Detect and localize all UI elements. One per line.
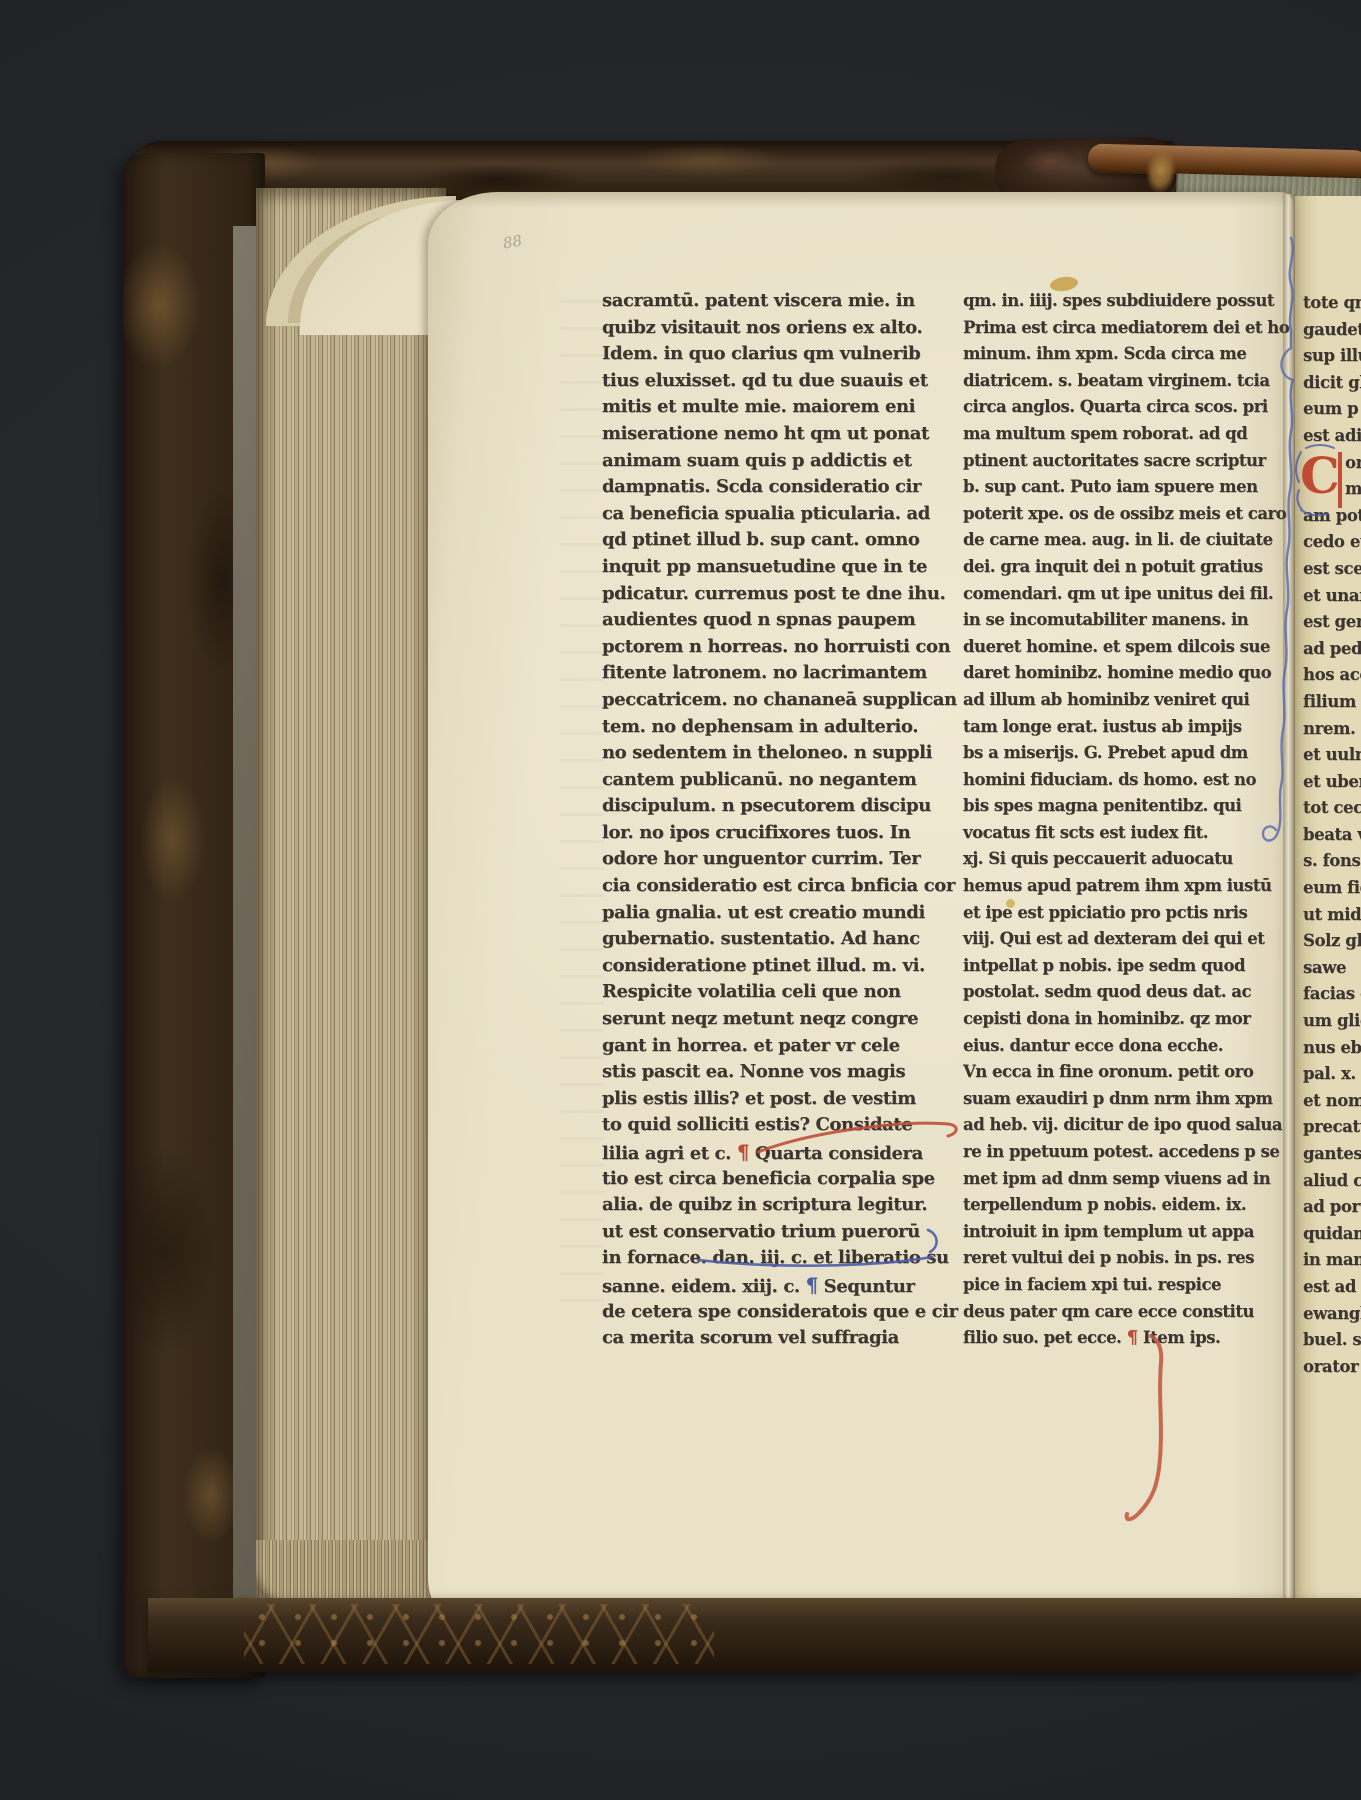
text-line: orator	[1303, 1354, 1361, 1381]
initial-bar	[1338, 452, 1342, 508]
text-line: nrem. fi	[1303, 716, 1361, 743]
text-line: in fornace. dan. iij. c. et liberatio su	[602, 1245, 942, 1272]
text-line: sawe	[1303, 955, 1361, 982]
red-paraph-mark: ¶	[1127, 1327, 1138, 1348]
text-line: dei. gra inquit dei n potuit gratius	[963, 554, 1265, 581]
text-line: pal. x. I	[1303, 1061, 1361, 1088]
rod-fray	[1143, 146, 1178, 195]
left-text-column: sacramtū. patent viscera mie. inquibz vi…	[602, 288, 942, 1352]
text-line: ewangl	[1303, 1301, 1361, 1328]
right-text-column: qm. in. iiij. spes subdiuidere possutPri…	[963, 288, 1265, 1352]
text-line: qm. in. iiij. spes subdiuidere possut	[963, 288, 1265, 315]
text-line: reret vultui dei p nobis. in ps. res	[963, 1245, 1265, 1272]
text-line: peccatricem. no chananeā supplican	[602, 687, 942, 714]
text-line: minum. ihm xpm. Scda circa me	[963, 341, 1265, 368]
text-line: sup illud	[1303, 343, 1361, 370]
blue-paraph-mark: ¶	[806, 1273, 818, 1297]
text-line: audientes quod n spnas paupem	[602, 607, 942, 634]
text-line: aliud co	[1303, 1168, 1361, 1195]
ink-bleed-through	[560, 300, 604, 1310]
text-line: ca merita scorum vel suffragia	[602, 1325, 942, 1352]
text-line: gantes	[1303, 1141, 1361, 1168]
amber-dot	[1006, 899, 1015, 908]
text-line: re in ppetuum potest. accedens p se	[963, 1139, 1265, 1166]
text-line: et uulner	[1303, 742, 1361, 769]
text-line: bis spes magna penitentibz. qui	[963, 793, 1265, 820]
text-line: to quid solliciti estis? Considate	[602, 1112, 942, 1139]
text-line: est sce spe	[1303, 556, 1361, 583]
text-line: introiuit in ipm templum ut appa	[963, 1219, 1265, 1246]
text-line: deus pater qm care ecce constitu	[963, 1299, 1265, 1326]
text-line: ma multum spem roborat. ad qd	[963, 421, 1265, 448]
text-line: sacramtū. patent viscera mie. in	[602, 288, 942, 315]
text-line: ad pedes	[1303, 636, 1361, 663]
text-line: tot cecin	[1303, 795, 1361, 822]
text-line: poterit xpe. os de ossibz meis et caro	[963, 501, 1265, 528]
text-line: tam longe erat. iustus ab impijs	[963, 714, 1265, 741]
text-line: est genui	[1303, 609, 1361, 636]
text-line: sanne. eidem. xiij. c. ¶ Sequntur	[602, 1272, 942, 1299]
text-line: animam suam quis p addictis et	[602, 448, 942, 475]
text-line: stis pascit ea. Nonne vos magis	[602, 1059, 942, 1086]
text-line: Prima est circa mediatorem dei et ho	[963, 315, 1265, 342]
blind-stamp-pattern	[244, 1604, 714, 1664]
text-line: palia gnalia. ut est creatio mundi	[602, 900, 942, 927]
text-line: et ubera.	[1303, 769, 1361, 796]
page-fold-ridge	[1283, 194, 1295, 1610]
text-line: alia. de quibz in scriptura legitur.	[602, 1192, 942, 1219]
text-line: pdicatur. curremus post te dne ihu.	[602, 581, 942, 608]
text-line: serunt neqz metunt neqz congre	[602, 1006, 942, 1033]
text-line: et unans	[1303, 583, 1361, 610]
text-line: daret hominibz. homine medio quo	[963, 660, 1265, 687]
text-line: cia consideratio est circa bnficia cor	[602, 873, 942, 900]
text-line: ad portu	[1303, 1194, 1361, 1221]
text-line: Solz gl	[1303, 928, 1361, 955]
red-paraph-mark: ¶	[737, 1140, 749, 1164]
text-line: viij. Qui est ad dexteram dei qui et	[963, 926, 1265, 953]
text-line: gubernatio. sustentatio. Ad hanc	[602, 926, 942, 953]
text-line: suam exaudiri p dnm nrm ihm xpm	[963, 1086, 1265, 1113]
text-line: est ad	[1303, 1274, 1361, 1301]
text-line: ca beneficia spualia pticularia. ad	[602, 501, 942, 528]
text-line: filium ec	[1303, 689, 1361, 716]
text-line: discipulum. n psecutorem discipu	[602, 793, 942, 820]
text-line: Vn ecca in fine oronum. petit oro	[963, 1059, 1265, 1086]
text-line: cepisti dona in hominibz. qz mor	[963, 1006, 1265, 1033]
text-line: xj. Si quis peccauerit aduocatu	[963, 846, 1265, 873]
text-line: pctorem n horreas. no horruisti con	[602, 634, 942, 661]
text-line: um glie	[1303, 1008, 1361, 1035]
text-line: ad illum ab hominibz veniret qui	[963, 687, 1265, 714]
text-line: ptinent auctoritates sacre scriptur	[963, 448, 1265, 475]
text-line: mitis et multe mie. maiorem eni	[602, 394, 942, 421]
text-line: met ipm ad dnm semp viuens ad in	[963, 1166, 1265, 1193]
text-line: tius eluxisset. qd tu due suauis et	[602, 368, 942, 395]
text-line: lor. no ipos crucifixores tuos. In	[602, 820, 942, 847]
text-line: miseratione nemo ht qm ut ponat	[602, 421, 942, 448]
text-line: cedo et spe	[1303, 529, 1361, 556]
text-line: gaudet	[1303, 317, 1361, 344]
text-line: tem. no dephensam in adulterio.	[602, 714, 942, 741]
text-line: Respicite volatilia celi que non	[602, 979, 942, 1006]
text-line: diatricem. s. beatam virginem. tcia	[963, 368, 1265, 395]
text-line: homini fiduciam. ds homo. est no	[963, 767, 1265, 794]
text-line: beata vir	[1303, 822, 1361, 849]
text-line: dueret homine. et spem dilcois sue	[963, 634, 1265, 661]
text-line: hos accel	[1303, 662, 1361, 689]
text-line: de carne mea. aug. in li. de ciuitate	[963, 527, 1265, 554]
decorated-initial: C	[1300, 448, 1340, 504]
text-line: precatu	[1303, 1114, 1361, 1141]
text-line: dicit glo.	[1303, 370, 1361, 397]
text-line: am potest	[1303, 503, 1361, 530]
text-line: lilia agri et c. ¶ Quarta considera	[602, 1139, 942, 1166]
text-line: inquit pp mansuetudine que in te	[602, 554, 942, 581]
text-line: buel. s.	[1303, 1327, 1361, 1354]
text-line: pice in faciem xpi tui. respice	[963, 1272, 1265, 1299]
bottom-cover-border	[148, 1598, 1361, 1672]
text-line: vocatus fit scts est iudex fit.	[963, 820, 1265, 847]
text-line: et nomē	[1303, 1088, 1361, 1115]
text-line: nus ebr	[1303, 1035, 1361, 1062]
text-line: ad heb. vij. dicitur de ipo quod salua	[963, 1112, 1265, 1139]
text-line: terpellendum p nobis. eidem. ix.	[963, 1192, 1265, 1219]
text-line: comendari. qm ut ipe unitus dei fil.	[963, 581, 1265, 608]
folio-number: 88	[502, 231, 524, 252]
text-line: facias e	[1303, 981, 1361, 1008]
text-line: b. sup cant. Puto iam spuere men	[963, 474, 1265, 501]
text-line: tio est circa beneficia corpalia spe	[602, 1166, 942, 1193]
text-line: cantem publicanū. no negantem	[602, 767, 942, 794]
text-line: s. fons g	[1303, 848, 1361, 875]
text-line: gant in horrea. et pater vr cele	[602, 1033, 942, 1060]
text-line: postolat. sedm quod deus dat. ac	[963, 979, 1265, 1006]
text-line: de cetera spe consideratois que e cir	[602, 1299, 942, 1326]
text-line: qd ptinet illud b. sup cant. omno	[602, 527, 942, 554]
text-line: in man	[1303, 1247, 1361, 1274]
text-line: ut mider	[1303, 902, 1361, 929]
text-line: filio suo. pet ecce. ¶ Item ips.	[963, 1325, 1265, 1352]
text-line: plis estis illis? et post. de vestim	[602, 1086, 942, 1113]
text-line: in se incomutabiliter manens. in	[963, 607, 1265, 634]
text-line: circa anglos. Quarta circa scos. pri	[963, 394, 1265, 421]
text-line: consideratione ptinet illud. m. vi.	[602, 953, 942, 980]
text-line: no sedentem in theloneo. n suppli	[602, 740, 942, 767]
text-line: dampnatis. Scda consideratio cir	[602, 474, 942, 501]
text-line: eum p ei	[1303, 396, 1361, 423]
text-line: eum fide	[1303, 875, 1361, 902]
text-line: fitente latronem. no lacrimantem	[602, 660, 942, 687]
text-line: tote qm in	[1303, 290, 1361, 317]
text-line: hemus apud patrem ihm xpm iustū	[963, 873, 1265, 900]
text-line: odore hor unguentor currim. Ter	[602, 846, 942, 873]
manuscript-photo-scene: tote qm ingaudetsup illuddicit glo.eum p…	[0, 0, 1361, 1800]
text-line: Idem. in quo clarius qm vulnerib	[602, 341, 942, 368]
text-line: quidam	[1303, 1221, 1361, 1248]
text-line: intpellat p nobis. ipe sedm quod	[963, 953, 1265, 980]
text-line: bs a miserijs. G. Prebet apud dm	[963, 740, 1265, 767]
page-stack-edges	[256, 188, 446, 1616]
text-line: eius. dantur ecce dona ecche.	[963, 1033, 1265, 1060]
text-line: quibz visitauit nos oriens ex alto.	[602, 315, 942, 342]
text-line: ut est conservatio trium puerorū	[602, 1219, 942, 1246]
